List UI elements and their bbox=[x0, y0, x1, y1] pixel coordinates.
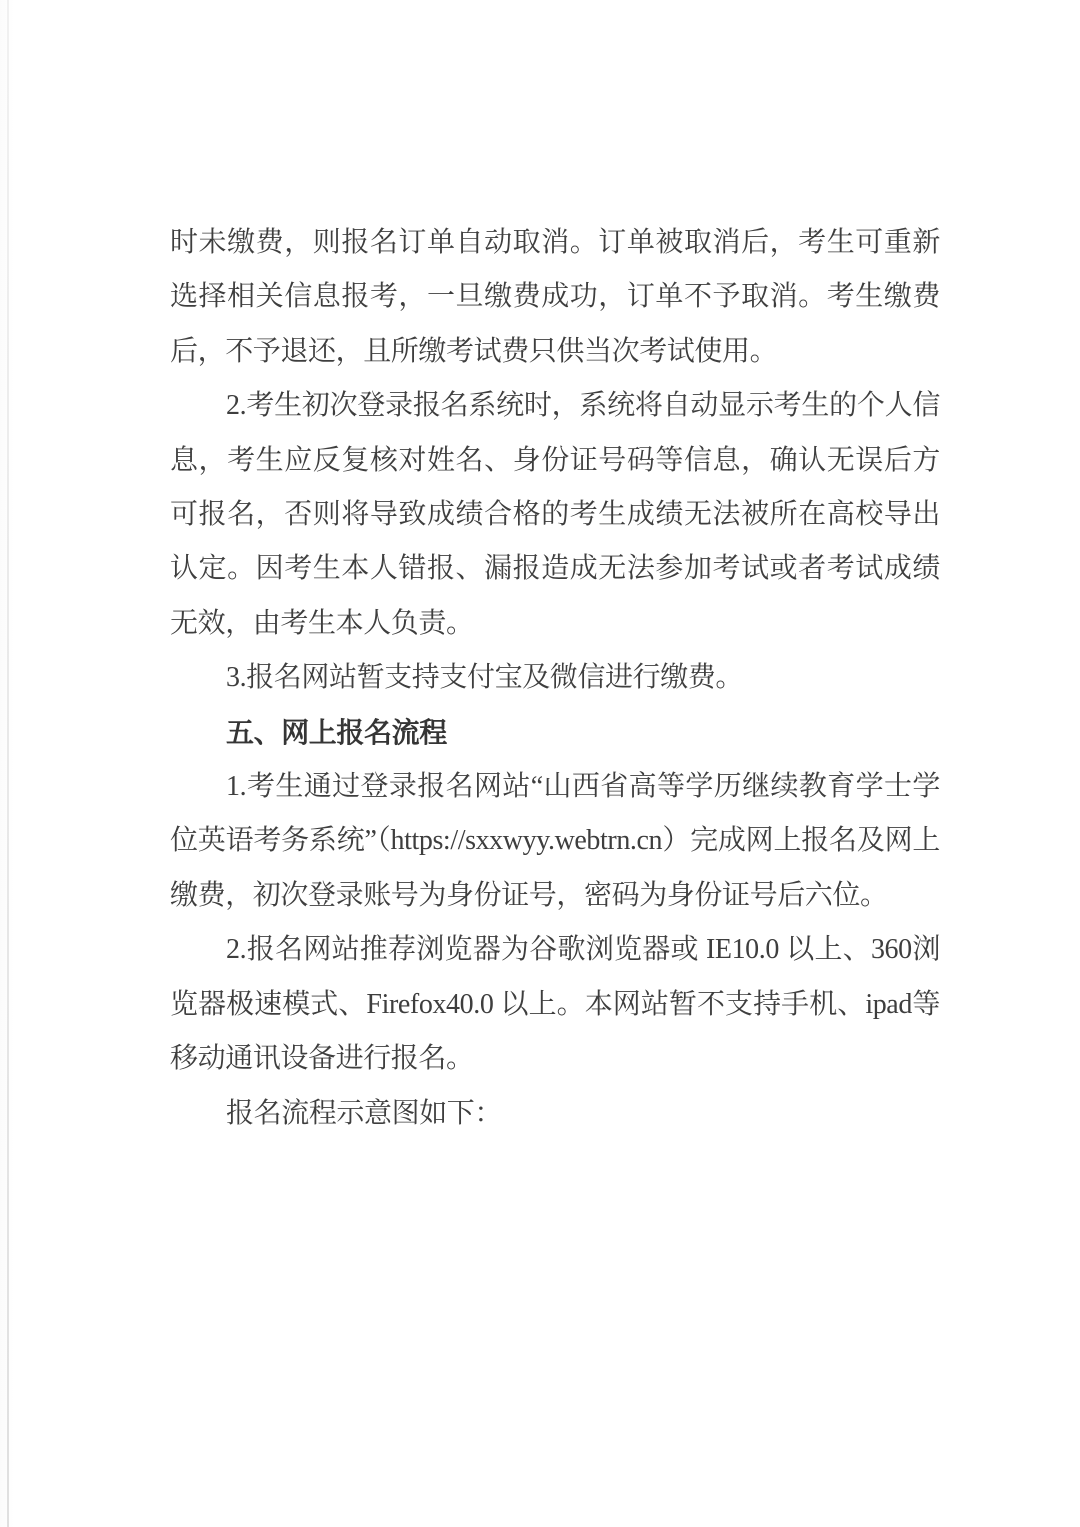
paragraph: 1.考生通过登录报名网站“山西省高等学历继续教育学士学位英语考务系统”（http… bbox=[170, 760, 940, 923]
page-edge-shadow bbox=[7, 0, 9, 1527]
document-page: 时未缴费，则报名订单自动取消。订单被取消后，考生可重新选择相关信息报考，一旦缴费… bbox=[0, 0, 1080, 1527]
paragraph: 报名流程示意图如下： bbox=[170, 1087, 940, 1141]
paragraph: 2.考生初次登录报名系统时，系统将自动显示考生的个人信息，考生应反复核对姓名、身… bbox=[170, 379, 940, 651]
section-heading: 五、网上报名流程 bbox=[170, 706, 940, 760]
paragraph: 2.报名网站推荐浏览器为谷歌浏览器或 IE10.0 以上、360浏览器极速模式、… bbox=[170, 923, 940, 1086]
document-content: 时未缴费，则报名订单自动取消。订单被取消后，考生可重新选择相关信息报考，一旦缴费… bbox=[170, 216, 940, 1141]
paragraph: 3.报名网站暂支持支付宝及微信进行缴费。 bbox=[170, 651, 940, 705]
paragraph: 时未缴费，则报名订单自动取消。订单被取消后，考生可重新选择相关信息报考，一旦缴费… bbox=[170, 216, 940, 379]
